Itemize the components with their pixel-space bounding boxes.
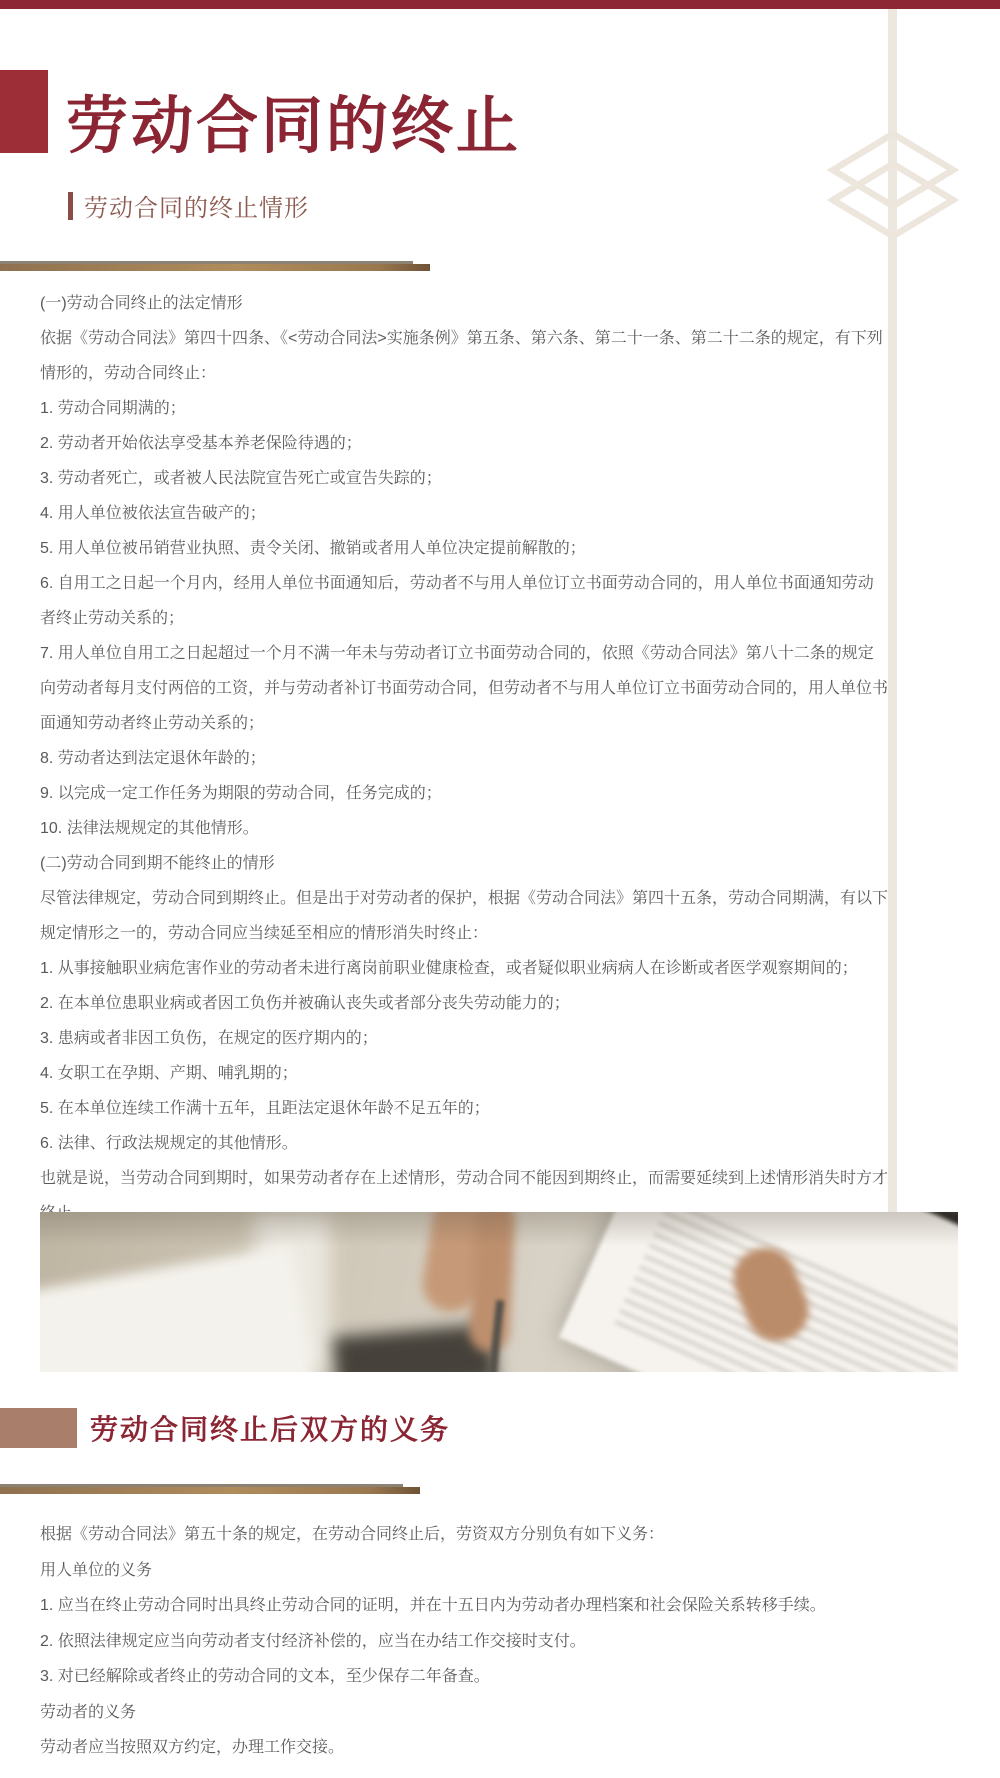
- body-paragraph: 5. 用人单位被吊销营业执照、责令关闭、撤销或者用人单位决定提前解散的；: [40, 531, 888, 566]
- subtitle-accent-bar: [68, 192, 73, 220]
- section-divider: [0, 1484, 420, 1494]
- section2-title: 劳动合同终止后双方的义务: [90, 1408, 450, 1448]
- body-paragraph: 2. 在本单位患职业病或者因工负伤并被确认丧失或者部分丧失劳动能力的；: [40, 986, 888, 1021]
- body-paragraph: 10. 法律法规规定的其他情形。: [40, 811, 888, 846]
- body-paragraph: 1. 应当在终止劳动合同时出具终止劳动合同的证明，并在十五日内为劳动者办理档案和…: [40, 1588, 888, 1624]
- body-paragraph: 劳动者应当按照双方约定，办理工作交接。: [40, 1730, 888, 1766]
- body-paragraph: 3. 对已经解除或者终止的劳动合同的文本，至少保存二年备查。: [40, 1659, 888, 1695]
- divider-brown-bar: [0, 264, 430, 271]
- body-paragraph: 用人单位的义务: [40, 1553, 888, 1589]
- body-paragraph: 5. 在本单位连续工作满十五年，且距法定退休年龄不足五年的；: [40, 1091, 888, 1126]
- section2-accent-square: [0, 1408, 77, 1448]
- title-accent-square: [0, 70, 48, 153]
- body-paragraph: 尽管法律规定，劳动合同到期终止。但是出于对劳动者的保护，根据《劳动合同法》第四十…: [40, 881, 888, 951]
- body-paragraph: 依据《劳动合同法》第四十四条、《<劳动合同法>实施条例》第五条、第六条、第二十一…: [40, 321, 888, 391]
- contract-handover-photo: [40, 1212, 958, 1372]
- body-paragraph: 3. 劳动者死亡，或者被人民法院宣告死亡或宣告失踪的；: [40, 461, 888, 496]
- section1-subtitle: 劳动合同的终止情形: [84, 188, 309, 223]
- body-paragraph: 1. 劳动合同期满的；: [40, 391, 888, 426]
- body-paragraph: 4. 女职工在孕期、产期、哺乳期的；: [40, 1056, 888, 1091]
- body-paragraph: 7. 用人单位自用工之日起超过一个月不满一年未与劳动者订立书面劳动合同的，依照《…: [40, 636, 888, 741]
- body-paragraph: 4. 用人单位被依法宣告破产的；: [40, 496, 888, 531]
- body-paragraph: 3. 患病或者非因工负伤，在规定的医疗期内的；: [40, 1021, 888, 1056]
- section1-body: (一)劳动合同终止的法定情形 依据《劳动合同法》第四十四条、《<劳动合同法>实施…: [40, 286, 888, 1231]
- body-paragraph: 8. 劳动者达到法定退休年龄的；: [40, 741, 888, 776]
- divider-brown-bar: [0, 1487, 420, 1494]
- photo-top-shade: [40, 1212, 958, 1246]
- body-paragraph: 2. 劳动者开始依法享受基本养老保险待遇的；: [40, 426, 888, 461]
- body-paragraph: (二)劳动合同到期不能终止的情形: [40, 846, 888, 881]
- body-paragraph: 9. 以完成一定工作任务为期限的劳动合同，任务完成的；: [40, 776, 888, 811]
- body-paragraph: 劳动者的义务: [40, 1695, 888, 1731]
- body-paragraph: 1. 从事接触职业病危害作业的劳动者未进行离岗前职业健康检查，或者疑似职业病病人…: [40, 951, 888, 986]
- section2-body: 根据《劳动合同法》第五十条的规定，在劳动合同终止后，劳资双方分别负有如下义务： …: [40, 1517, 888, 1766]
- page-title: 劳动合同的终止: [66, 76, 521, 165]
- section1-header: 劳动合同的终止情形: [68, 188, 309, 223]
- section-divider: [0, 261, 430, 271]
- body-paragraph: 6. 法律、行政法规规定的其他情形。: [40, 1126, 888, 1161]
- top-accent-bar: [0, 0, 1000, 9]
- body-paragraph: 2. 依照法律规定应当向劳动者支付经济补偿的，应当在办结工作交接时支付。: [40, 1624, 888, 1660]
- body-paragraph: 根据《劳动合同法》第五十条的规定，在劳动合同终止后，劳资双方分别负有如下义务：: [40, 1517, 888, 1553]
- body-paragraph: 6. 自用工之日起一个月内，经用人单位书面通知后，劳动者不与用人单位订立书面劳动…: [40, 566, 888, 636]
- body-paragraph: (一)劳动合同终止的法定情形: [40, 286, 888, 321]
- slide-page: 劳动合同的终止 劳动合同的终止情形 (一)劳动合同终止的法定情形 依据《劳动合同…: [0, 0, 1000, 1778]
- photo-papers: [40, 1245, 315, 1372]
